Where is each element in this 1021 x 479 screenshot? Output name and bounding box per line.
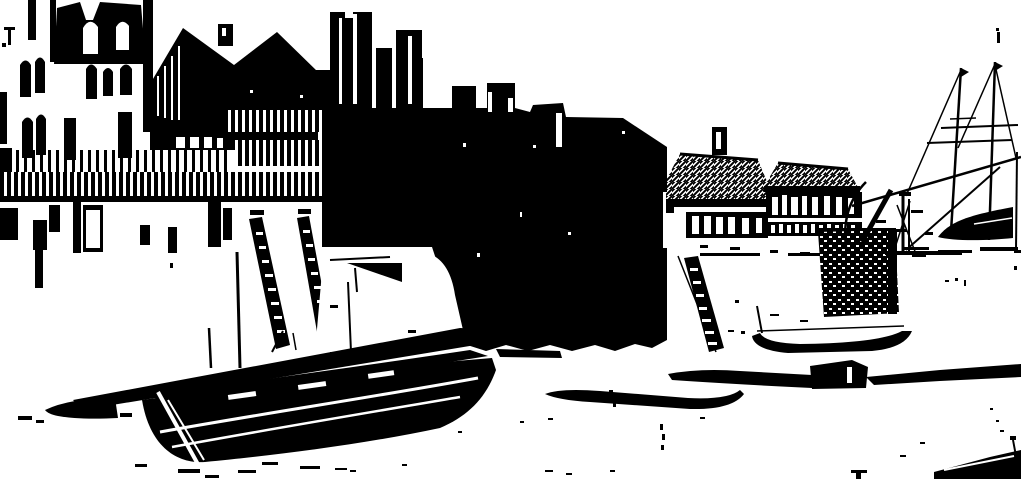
keel-shadow xyxy=(238,470,256,473)
ripple xyxy=(945,280,949,282)
waterline xyxy=(980,247,1018,251)
ripple xyxy=(911,210,923,213)
ripple xyxy=(955,278,958,281)
arched-window xyxy=(36,115,46,156)
keel-shadow xyxy=(335,468,347,470)
ripple xyxy=(925,232,933,235)
flag-dash xyxy=(997,32,1000,43)
waterline xyxy=(1014,250,1021,253)
keel-shadow xyxy=(178,469,200,473)
keel-shadow xyxy=(135,464,147,467)
yard xyxy=(950,118,976,119)
waterline xyxy=(938,250,972,253)
slipway-steps xyxy=(818,228,899,317)
keel-shadow xyxy=(300,466,320,469)
ripple xyxy=(964,280,966,286)
arched-window xyxy=(35,58,45,94)
waterline xyxy=(903,247,929,250)
keel-shadow xyxy=(262,462,278,465)
quay-edge-line xyxy=(700,253,760,256)
flag-dash xyxy=(996,28,999,31)
keel-shadow xyxy=(205,475,219,478)
arched-window xyxy=(20,61,31,98)
harbor-scene: Harbour at low tide — black-and-white en… xyxy=(0,0,1021,479)
rigging-stay xyxy=(1016,152,1017,250)
ripple xyxy=(893,229,907,232)
engraving-print: Harbour at low tide — black-and-white en… xyxy=(0,0,1021,479)
